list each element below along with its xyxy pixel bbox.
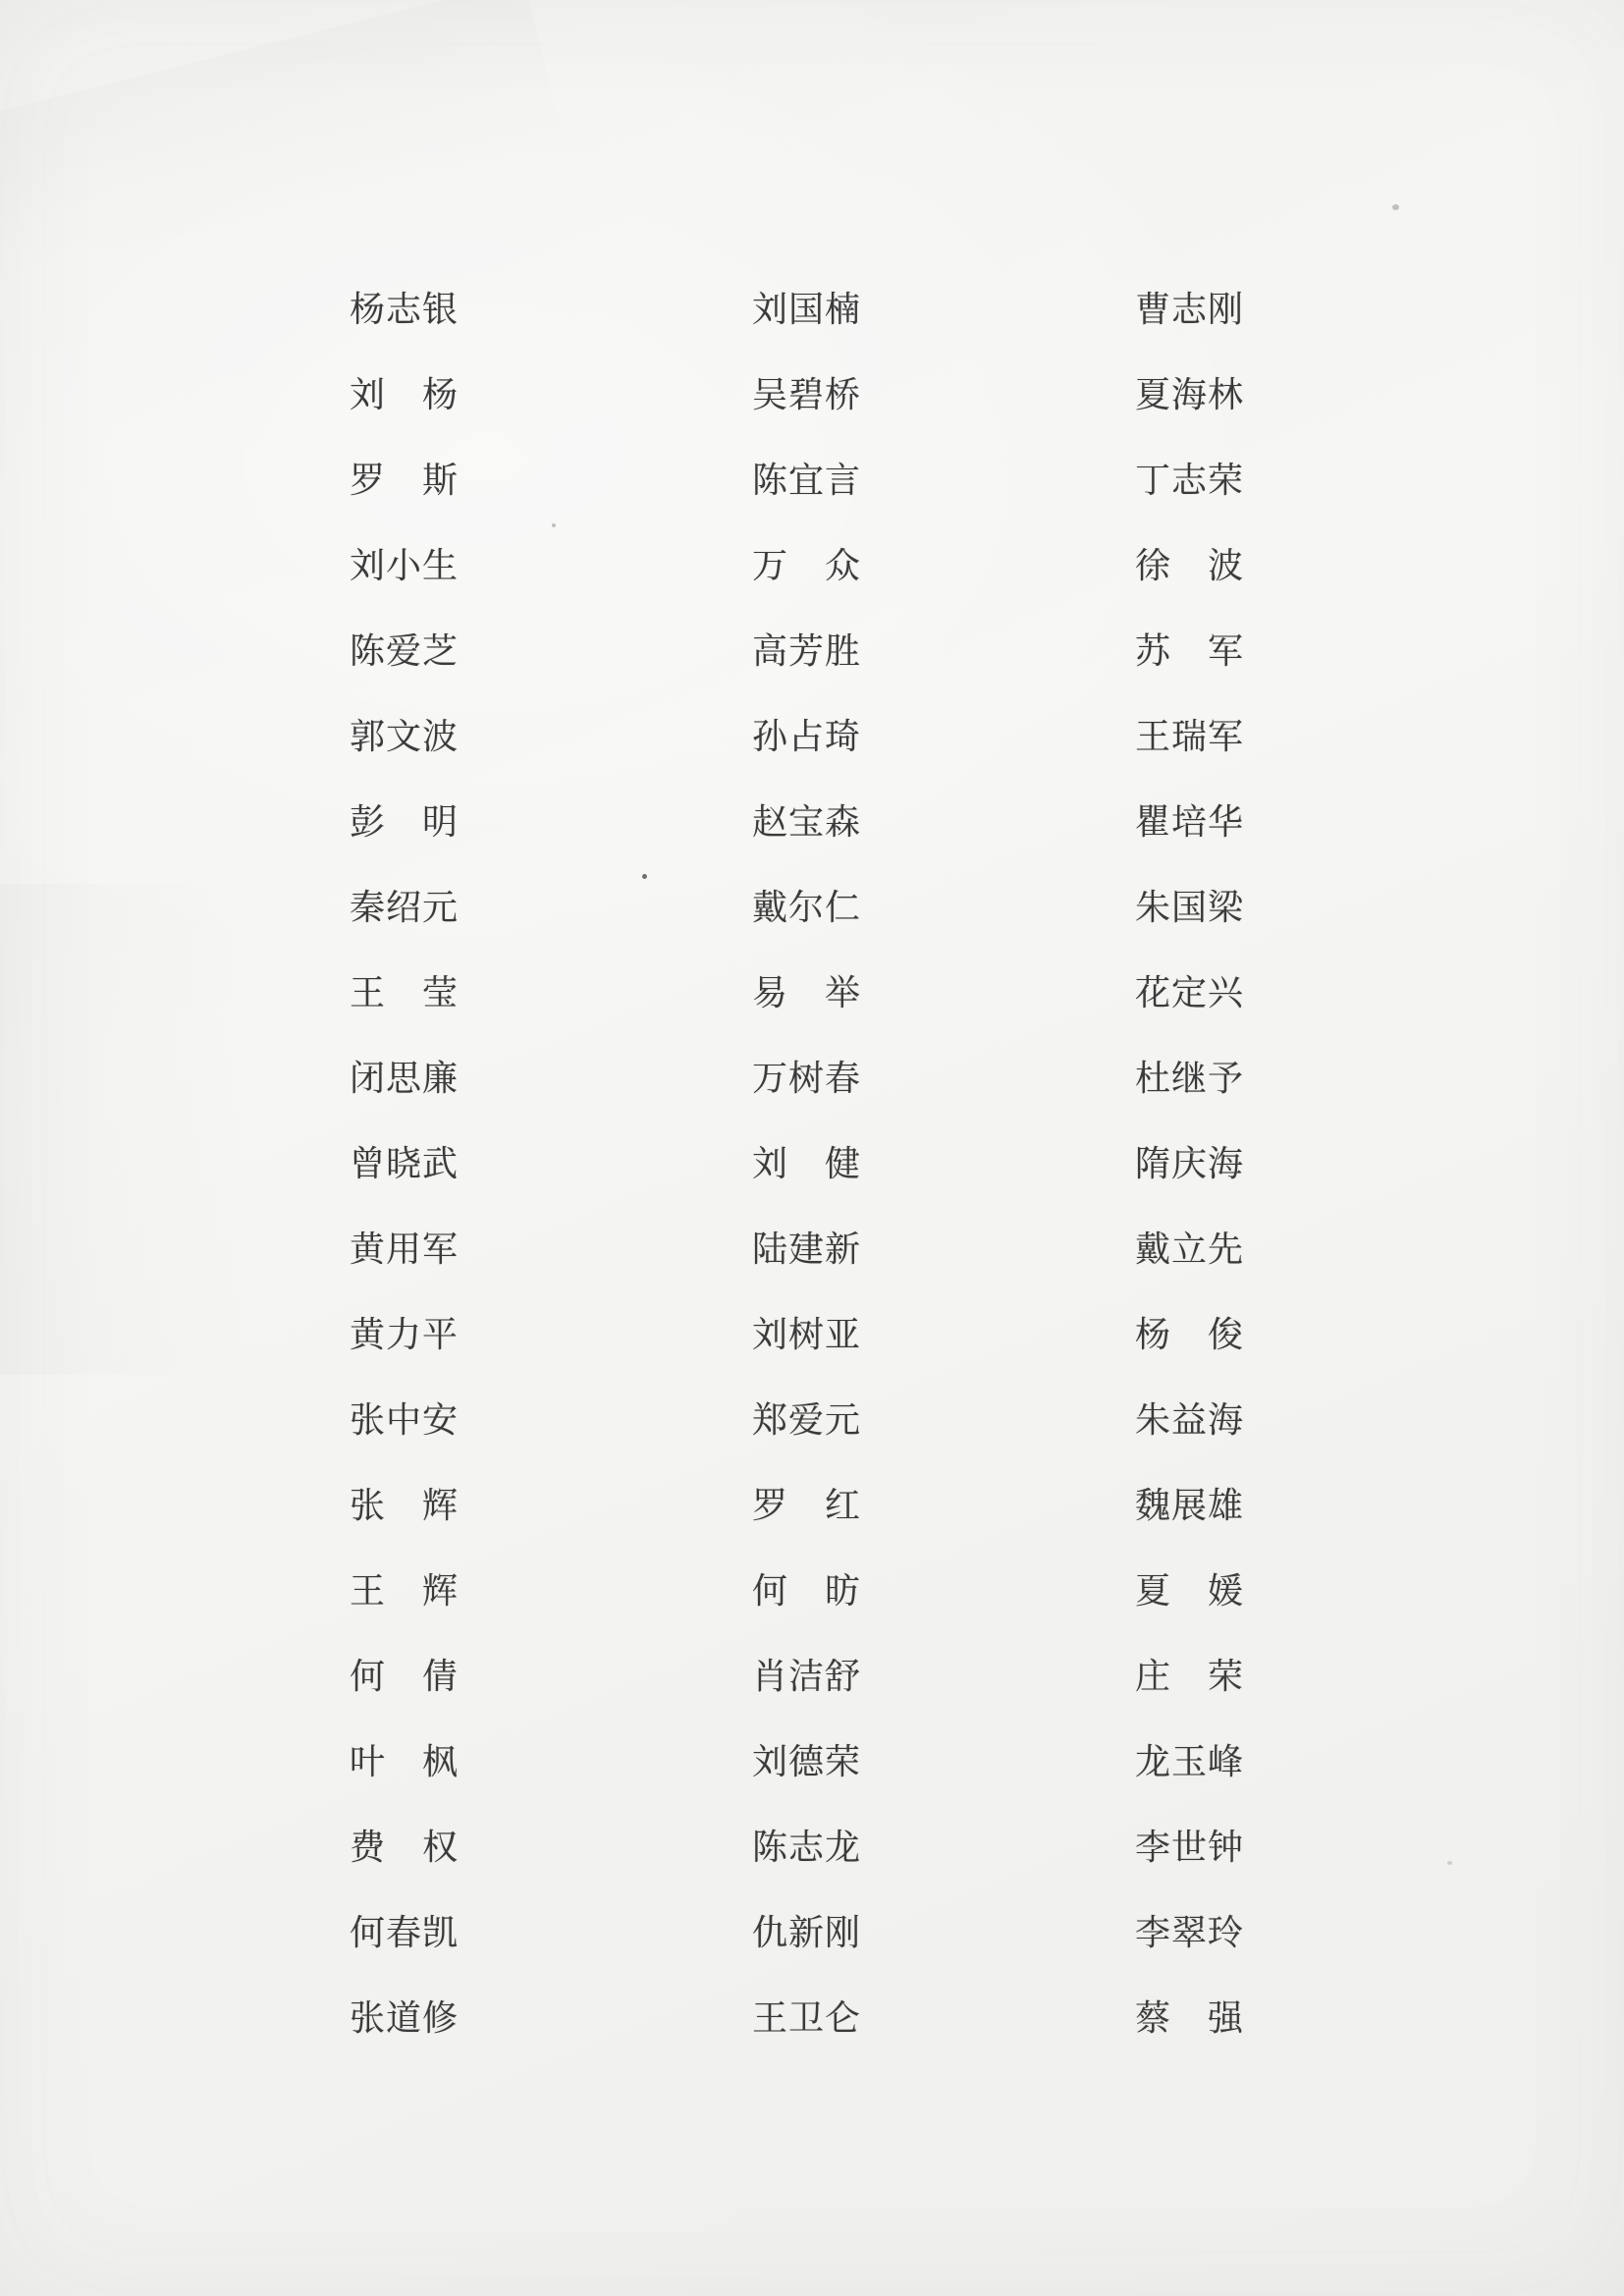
person-name: 郑爱元: [752, 1378, 876, 1463]
name-column-1: 杨志银刘 杨罗 斯刘小生陈爱芝郭文波彭 明秦绍元王 莹闭思廉曾晓武黄用军黄力平张…: [350, 267, 473, 2061]
person-name: 刘小生: [350, 523, 473, 609]
person-name: 瞿培华: [1135, 780, 1259, 865]
scan-speck: [552, 523, 556, 527]
person-name: 王瑞军: [1135, 694, 1259, 780]
person-name: 李翠玲: [1135, 1890, 1259, 1976]
person-name: 魏展雄: [1135, 1463, 1259, 1549]
person-name: 王卫仑: [752, 1976, 876, 2061]
person-name: 肖洁舒: [752, 1634, 876, 1720]
person-name: 张道修: [350, 1976, 473, 2061]
person-name: 朱国梁: [1135, 865, 1259, 951]
person-name: 叶 枫: [350, 1720, 473, 1805]
person-name: 易 举: [752, 951, 876, 1036]
person-name: 苏 军: [1135, 609, 1259, 694]
scanned-page: 杨志银刘 杨罗 斯刘小生陈爱芝郭文波彭 明秦绍元王 莹闭思廉曾晓武黄用军黄力平张…: [0, 0, 1624, 2296]
person-name: 杨 俊: [1135, 1292, 1259, 1378]
person-name: 庄 荣: [1135, 1634, 1259, 1720]
person-name: 万树春: [752, 1036, 876, 1121]
person-name: 曹志刚: [1135, 267, 1259, 353]
person-name: 仇新刚: [752, 1890, 876, 1976]
person-name: 陆建新: [752, 1207, 876, 1292]
person-name: 刘德荣: [752, 1720, 876, 1805]
person-name: 黄力平: [350, 1292, 473, 1378]
person-name: 罗 斯: [350, 438, 473, 523]
person-name: 陈志龙: [752, 1805, 876, 1890]
person-name: 花定兴: [1135, 951, 1259, 1036]
scan-speck: [1447, 1861, 1452, 1865]
person-name: 夏 媛: [1135, 1549, 1259, 1634]
scan-speck: [1392, 204, 1399, 210]
person-name: 孙占琦: [752, 694, 876, 780]
person-name: 朱益海: [1135, 1378, 1259, 1463]
person-name: 刘 杨: [350, 353, 473, 438]
person-name: 何 倩: [350, 1634, 473, 1720]
person-name: 丁志荣: [1135, 438, 1259, 523]
person-name: 曾晓武: [350, 1121, 473, 1207]
person-name: 秦绍元: [350, 865, 473, 951]
person-name: 戴尔仁: [752, 865, 876, 951]
person-name: 王 莹: [350, 951, 473, 1036]
person-name: 彭 明: [350, 780, 473, 865]
name-column-2: 刘国楠吴碧桥陈宜言万 众高芳胜孙占琦赵宝森戴尔仁易 举万树春刘 健陆建新刘树亚郑…: [752, 267, 876, 2061]
person-name: 刘树亚: [752, 1292, 876, 1378]
person-name: 高芳胜: [752, 609, 876, 694]
person-name: 闭思廉: [350, 1036, 473, 1121]
person-name: 戴立先: [1135, 1207, 1259, 1292]
person-name: 王 辉: [350, 1549, 473, 1634]
scan-speck: [642, 874, 647, 879]
person-name: 吴碧桥: [752, 353, 876, 438]
person-name: 陈宜言: [752, 438, 876, 523]
person-name: 何春凯: [350, 1890, 473, 1976]
person-name: 费 权: [350, 1805, 473, 1890]
person-name: 徐 波: [1135, 523, 1259, 609]
person-name: 杜继予: [1135, 1036, 1259, 1121]
person-name: 陈爱芝: [350, 609, 473, 694]
person-name: 黄用军: [350, 1207, 473, 1292]
person-name: 刘国楠: [752, 267, 876, 353]
person-name: 杨志银: [350, 267, 473, 353]
person-name: 夏海林: [1135, 353, 1259, 438]
person-name: 赵宝森: [752, 780, 876, 865]
person-name: 罗 红: [752, 1463, 876, 1549]
paper-crease: [0, 0, 595, 432]
person-name: 蔡 强: [1135, 1976, 1259, 2061]
person-name: 刘 健: [752, 1121, 876, 1207]
person-name: 李世钟: [1135, 1805, 1259, 1890]
person-name: 隋庆海: [1135, 1121, 1259, 1207]
person-name: 张中安: [350, 1378, 473, 1463]
person-name: 郭文波: [350, 694, 473, 780]
name-column-3: 曹志刚夏海林丁志荣徐 波苏 军王瑞军瞿培华朱国梁花定兴杜继予隋庆海戴立先杨 俊朱…: [1135, 267, 1259, 2061]
paper-crease: [0, 884, 255, 1375]
person-name: 何 昉: [752, 1549, 876, 1634]
person-name: 张 辉: [350, 1463, 473, 1549]
person-name: 龙玉峰: [1135, 1720, 1259, 1805]
person-name: 万 众: [752, 523, 876, 609]
